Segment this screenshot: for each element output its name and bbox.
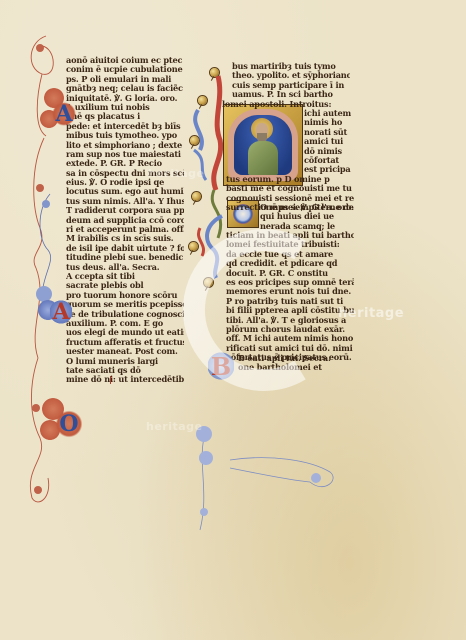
text-line: sacrate plebis obl [66, 281, 184, 290]
text-line: bi filii ppterea apli cōstitu buit [226, 306, 354, 315]
text-line: tus sum nimis. All'a. Y Ihus, [66, 197, 184, 206]
text-line: gnātbȝ neq; celau is faciẽc [66, 84, 184, 93]
text-line: ram sup nos tue maiestati [66, 150, 184, 159]
text-line: quorum se meritis pcepisse [66, 300, 184, 309]
text-line: da eccle tue qs et amare [226, 250, 354, 259]
left-text-column: aonō aiuitoi coium ec ptec conim ē ucpie… [66, 56, 184, 385]
text-line: T radiderut corpora sua ppe [66, 206, 184, 215]
text-line: lito et simphoriano ; dexte [66, 141, 184, 150]
text-line: cuis semp participare ī in [232, 81, 350, 90]
text-line: norati sūt [304, 128, 354, 137]
decorated-initial-B: B [208, 352, 234, 380]
text-line: rificati sut amici tui dō. nimi [226, 344, 354, 353]
text-line: plōrum chorus laudat exār. [226, 325, 354, 334]
text-line: aonō aiuitoi coium ec ptec [66, 56, 184, 65]
text-line: est pricipa [304, 165, 354, 174]
watermark-text: heritage [338, 306, 404, 321]
right-text-column-end: B eati apli tui. Secra. one bartholomei … [238, 354, 354, 373]
text-line: A uxilium tui nobis [66, 103, 184, 112]
text-line: conim ē ucpie cubulatione [66, 65, 184, 74]
text-line: basti me et cognouisti me tu [226, 184, 354, 193]
text-line: mine dō ni: ut intercedētib [66, 375, 184, 384]
text-line: titudine plebi sue. benedic [66, 253, 184, 262]
text-line: bus martiribȝ tuis tymo [232, 62, 350, 71]
text-line: tate saciati qs dō [66, 366, 184, 375]
text-line: se de tribulatione cognoscit [66, 310, 184, 319]
text-line: fructum afferatis et fructus [66, 338, 184, 347]
text-line: locutus sum. ego aut humilia [66, 187, 184, 196]
manuscript-page: aonō aiuitoi coium ec ptec conim ē ucpie… [0, 0, 466, 640]
blue-penwork-border-lower [190, 420, 340, 540]
text-line: uester maneat. Post com. [66, 347, 184, 356]
text-line: iniquitatē. ℣. G loria. oro. [66, 94, 184, 103]
text-line: pede: et intercedēt bȝ biīs [66, 122, 184, 131]
text-line: ps. P oli emulari in mali [66, 75, 184, 84]
saint-robe [248, 141, 278, 175]
text-line: uamus. P. In sci bartho [232, 90, 350, 99]
text-line: ticiam in beati apli tui bartho [226, 231, 354, 240]
right-text-column-beside-small-initial: O mps sempiterne de qui huius diei ue ne… [260, 203, 354, 231]
text-line: one bartholomei et [238, 363, 354, 372]
text-line: deum ad supplicia ccō corona [66, 216, 184, 225]
text-line: O lumi muneris largi [66, 357, 184, 366]
historiated-initial-saint-bartholomew [223, 104, 303, 186]
text-line: lomei apostoli. Introitus: [222, 100, 350, 109]
text-line: ri et acceperunt palma. off. [66, 225, 184, 234]
text-line: M irabilis cs in scīs suis. [66, 234, 184, 243]
text-line: off. M ichi autem nimis hono [226, 334, 354, 343]
text-line: nerada scamq; le [260, 222, 354, 231]
right-text-column-beside-miniature: ichi autem nimis ho norati sūt amici tui… [304, 109, 354, 175]
text-line: docuit. P. GR. C onstitu [226, 269, 354, 278]
decorated-initial-A-secret: A [50, 300, 72, 324]
decorated-initial-A: A [52, 102, 76, 126]
decorated-initial-O: O [56, 410, 82, 438]
text-line: A ccepta sit tibi [66, 272, 184, 281]
text-line: ichi autem [304, 109, 354, 118]
text-line: nimis ho [304, 118, 354, 127]
text-line: mibus tuis tymotheo. ypo [66, 131, 184, 140]
text-line: cōfortat [304, 156, 354, 165]
text-line: B eati apli tui. Secra. [238, 354, 354, 363]
text-line: auxilium. P. com. E go [66, 319, 184, 328]
text-line: onē qs placatus i [66, 112, 184, 121]
text-line: lomei festiuitate tribuisti: [226, 240, 354, 249]
text-line: dō nimis [304, 147, 354, 156]
text-line: tus eorum. p D omine p [226, 175, 354, 184]
right-text-column-lower: ticiam in beati apli tui bartho lomei fe… [226, 231, 354, 362]
text-line: tibi. All'a. ℣. T e gloriosus a [226, 316, 354, 325]
text-line: memores erunt nois tui dne. [226, 287, 354, 296]
right-text-column: bus martiribȝ tuis tymo theo. ypolito. e… [232, 62, 350, 109]
text-line: qd credidit. et pdicare qd [226, 259, 354, 268]
text-line: theo. ypolito. et sȳphoriano [232, 71, 350, 80]
pen-tick [110, 376, 111, 384]
text-line: tus deus. all'a. Secra. [66, 263, 184, 272]
watermark-text: heritage [146, 420, 203, 433]
text-line: qui huius diei ue [260, 212, 354, 221]
text-line: uos elegi de mundo ut eatis et [66, 328, 184, 337]
text-line: pro tuorum honore scōru [66, 291, 184, 300]
text-line: de isil ipe dabit uirtute ? for [66, 244, 184, 253]
watermark-text: heritage [148, 167, 205, 180]
text-line: es eos pricipes sup omnē terā, [226, 278, 354, 287]
text-line: amici tui [304, 137, 354, 146]
text-line: cognouisti sessionē mei et res [226, 194, 354, 203]
text-line: P ro patribȝ tuis nati sut ti [226, 297, 354, 306]
text-line: O mps sempiterne de [260, 203, 354, 212]
